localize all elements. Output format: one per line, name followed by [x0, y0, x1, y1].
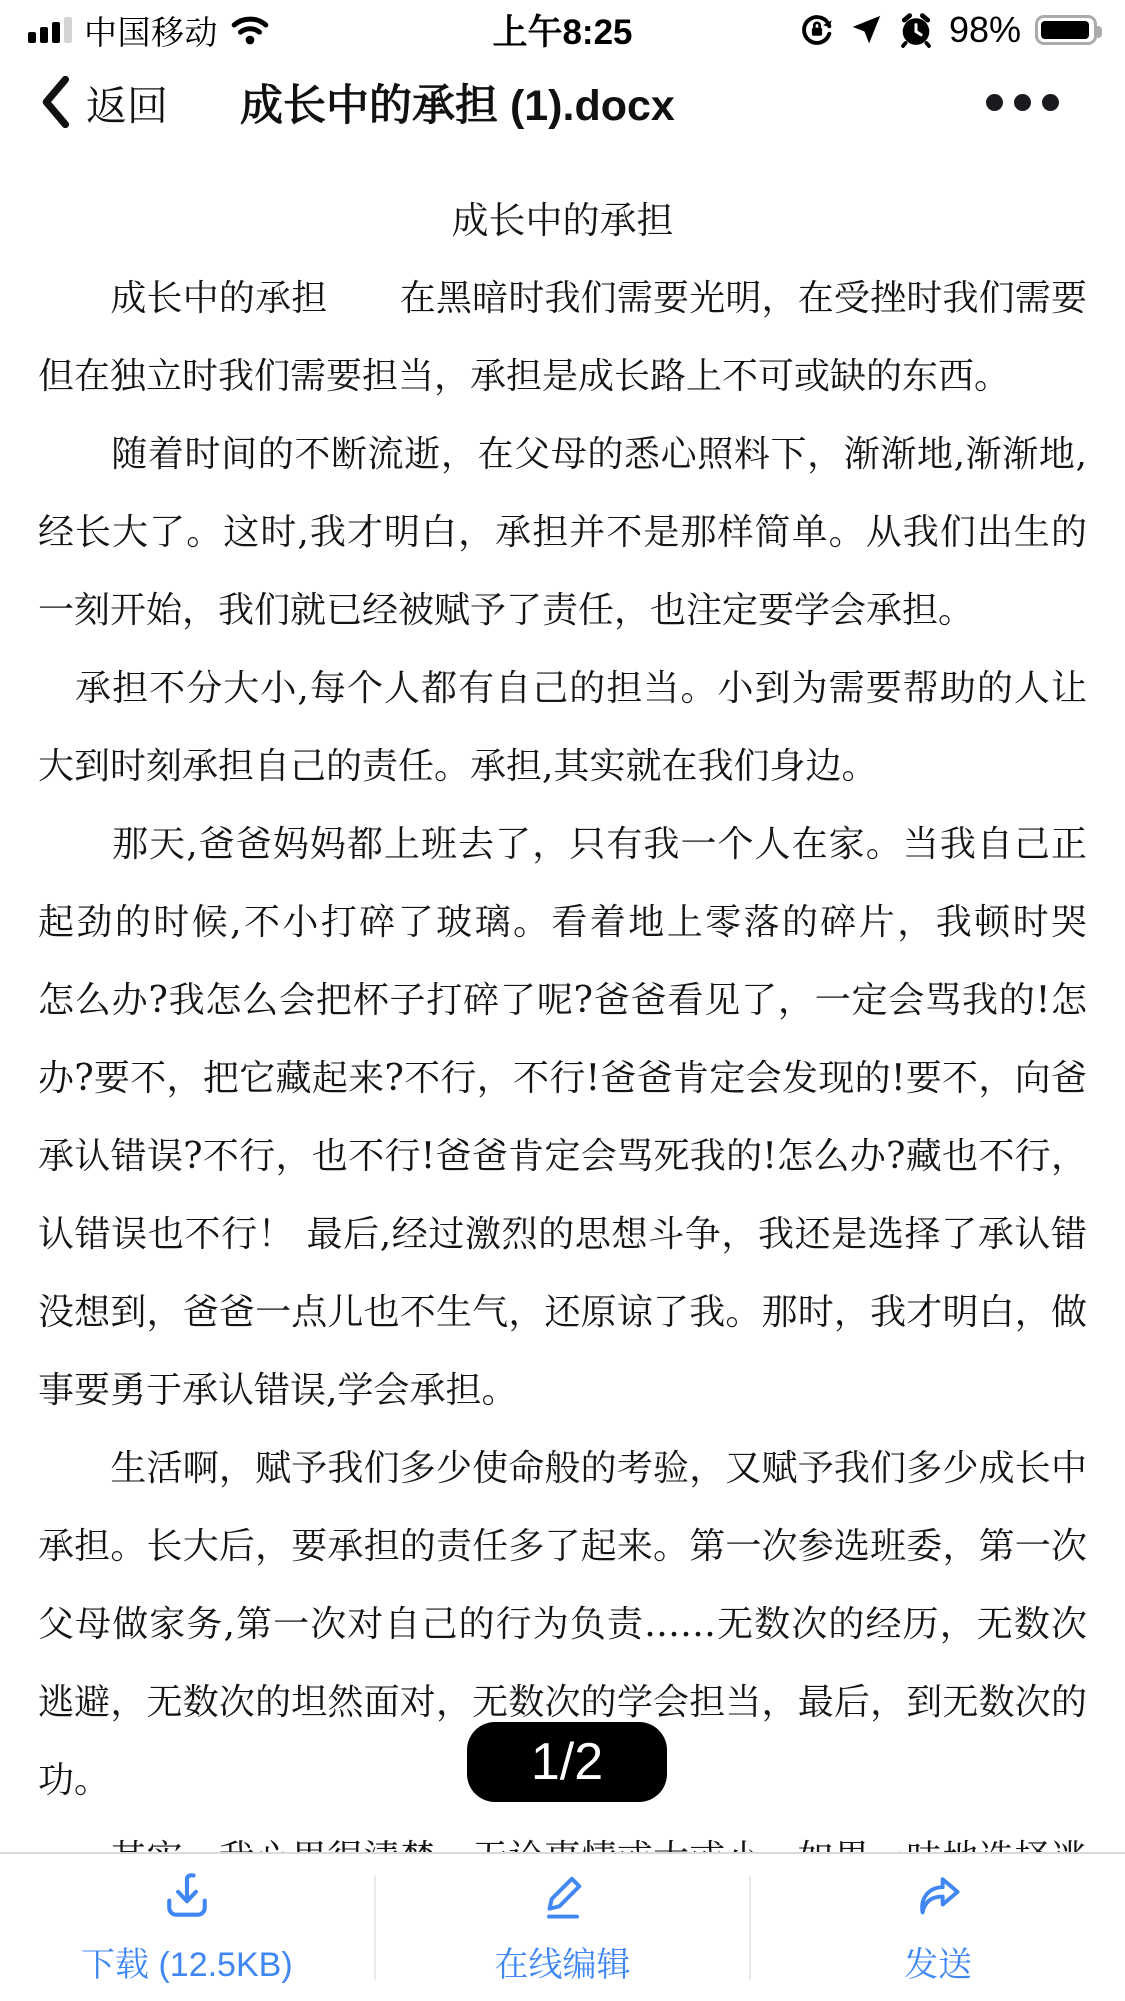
document-line: 办?要不，把它藏起来?不行，不行!爸爸肯定会发现的!要不，向爸爸	[38, 1040, 1087, 1118]
document-line: 随着时间的不断流逝，在父母的悉心照料下，渐渐地,渐渐地,我已	[38, 416, 1087, 494]
battery-icon	[1035, 15, 1097, 45]
send-label: 发送	[904, 1937, 972, 1986]
document-file-title: 成长中的承担 (1).docx	[240, 72, 675, 133]
status-right: 98%	[799, 9, 1097, 51]
online-edit-button[interactable]: 在线编辑	[374, 1854, 750, 2001]
screen: 中国移动 上午8:25 98%	[0, 0, 1125, 2001]
back-label: 返回	[86, 73, 168, 132]
location-arrow-icon	[849, 13, 883, 47]
document-line: 事要勇于承认错误,学会承担。	[38, 1352, 1087, 1430]
battery-percent-label: 98%	[949, 9, 1021, 51]
send-button[interactable]: 发送	[749, 1854, 1125, 2001]
document-line: 一刻开始，我们就已经被赋予了责任，也注定要学会承担。	[38, 572, 1087, 650]
more-options-button[interactable]	[986, 94, 1059, 111]
document-line: 承担。长大后，要承担的责任多了起来。第一次参选班委，第一次帮	[38, 1508, 1087, 1586]
alarm-clock-icon	[897, 11, 935, 49]
document-line: 经长大了。这时,我才明白，承担并不是那样简单。从我们出生的那	[38, 494, 1087, 572]
document-line: 成长中的承担 在黑暗时我们需要光明，在受挫时我们需要信心，	[38, 260, 1087, 338]
document-line: 生活啊，赋予我们多少使命般的考验，又赋予我们多少成长中的	[38, 1430, 1087, 1508]
document-line: 那天,爸爸妈妈都上班去了，只有我一个人在家。当我自己正玩得	[38, 806, 1087, 884]
bottom-toolbar: 下载 (12.5KB) 在线编辑 发送	[0, 1852, 1125, 2001]
send-forward-icon	[910, 1869, 966, 1925]
document-line: 承认错误?不行，也不行!爸爸肯定会骂死我的!怎么办?藏也不行，承	[38, 1118, 1087, 1196]
back-button[interactable]: 返回	[38, 73, 168, 132]
document-line: 父母做家务,第一次对自己的行为负责……无数次的经历，无数次的	[38, 1586, 1087, 1664]
edit-pencil-icon	[535, 1869, 591, 1925]
document-line: 认错误也不行！ 最后,经过激烈的思想斗争，我还是选择了承认错误。	[38, 1196, 1087, 1274]
rotation-lock-icon	[799, 12, 835, 48]
document-body: 成长中的承担 在黑暗时我们需要光明，在受挫时我们需要信心，但在独立时我们需要担当…	[38, 260, 1087, 1852]
page-indicator: 1/2	[467, 1722, 667, 1802]
document-line: 承担不分大小,每个人都有自己的担当。小到为需要帮助的人让座,	[38, 650, 1087, 728]
document-line: 其实，我心里很清楚，无论事情或大或小，如果一味地选择逃避	[38, 1820, 1087, 1852]
document-line: 但在独立时我们需要担当，承担是成长路上不可或缺的东西。	[38, 338, 1087, 416]
ellipsis-icon	[986, 94, 1003, 111]
document-viewer[interactable]: 成长中的承担 成长中的承担 在黑暗时我们需要光明，在受挫时我们需要信心，但在独立…	[0, 146, 1125, 1852]
download-icon	[159, 1869, 215, 1925]
download-label: 下载 (12.5KB)	[81, 1937, 293, 1986]
document-line: 没想到，爸爸一点儿也不生气，还原谅了我。那时，我才明白，做错	[38, 1274, 1087, 1352]
document-title: 成长中的承担	[38, 182, 1087, 260]
status-bar: 中国移动 上午8:25 98%	[0, 0, 1125, 54]
document-line: 起劲的时候,不小打碎了玻璃。看着地上零落的碎片，我顿时哭了。	[38, 884, 1087, 962]
document-line: 大到时刻承担自己的责任。承担,其实就在我们身边。	[38, 728, 1087, 806]
document-line: 怎么办?我怎么会把杯子打碎了呢?爸爸看见了，一定会骂我的!怎么	[38, 962, 1087, 1040]
nav-bar: 返回 成长中的承担 (1).docx	[0, 58, 1125, 146]
chevron-left-icon	[38, 76, 72, 128]
download-button[interactable]: 下载 (12.5KB)	[0, 1854, 374, 2001]
online-edit-label: 在线编辑	[495, 1937, 631, 1986]
